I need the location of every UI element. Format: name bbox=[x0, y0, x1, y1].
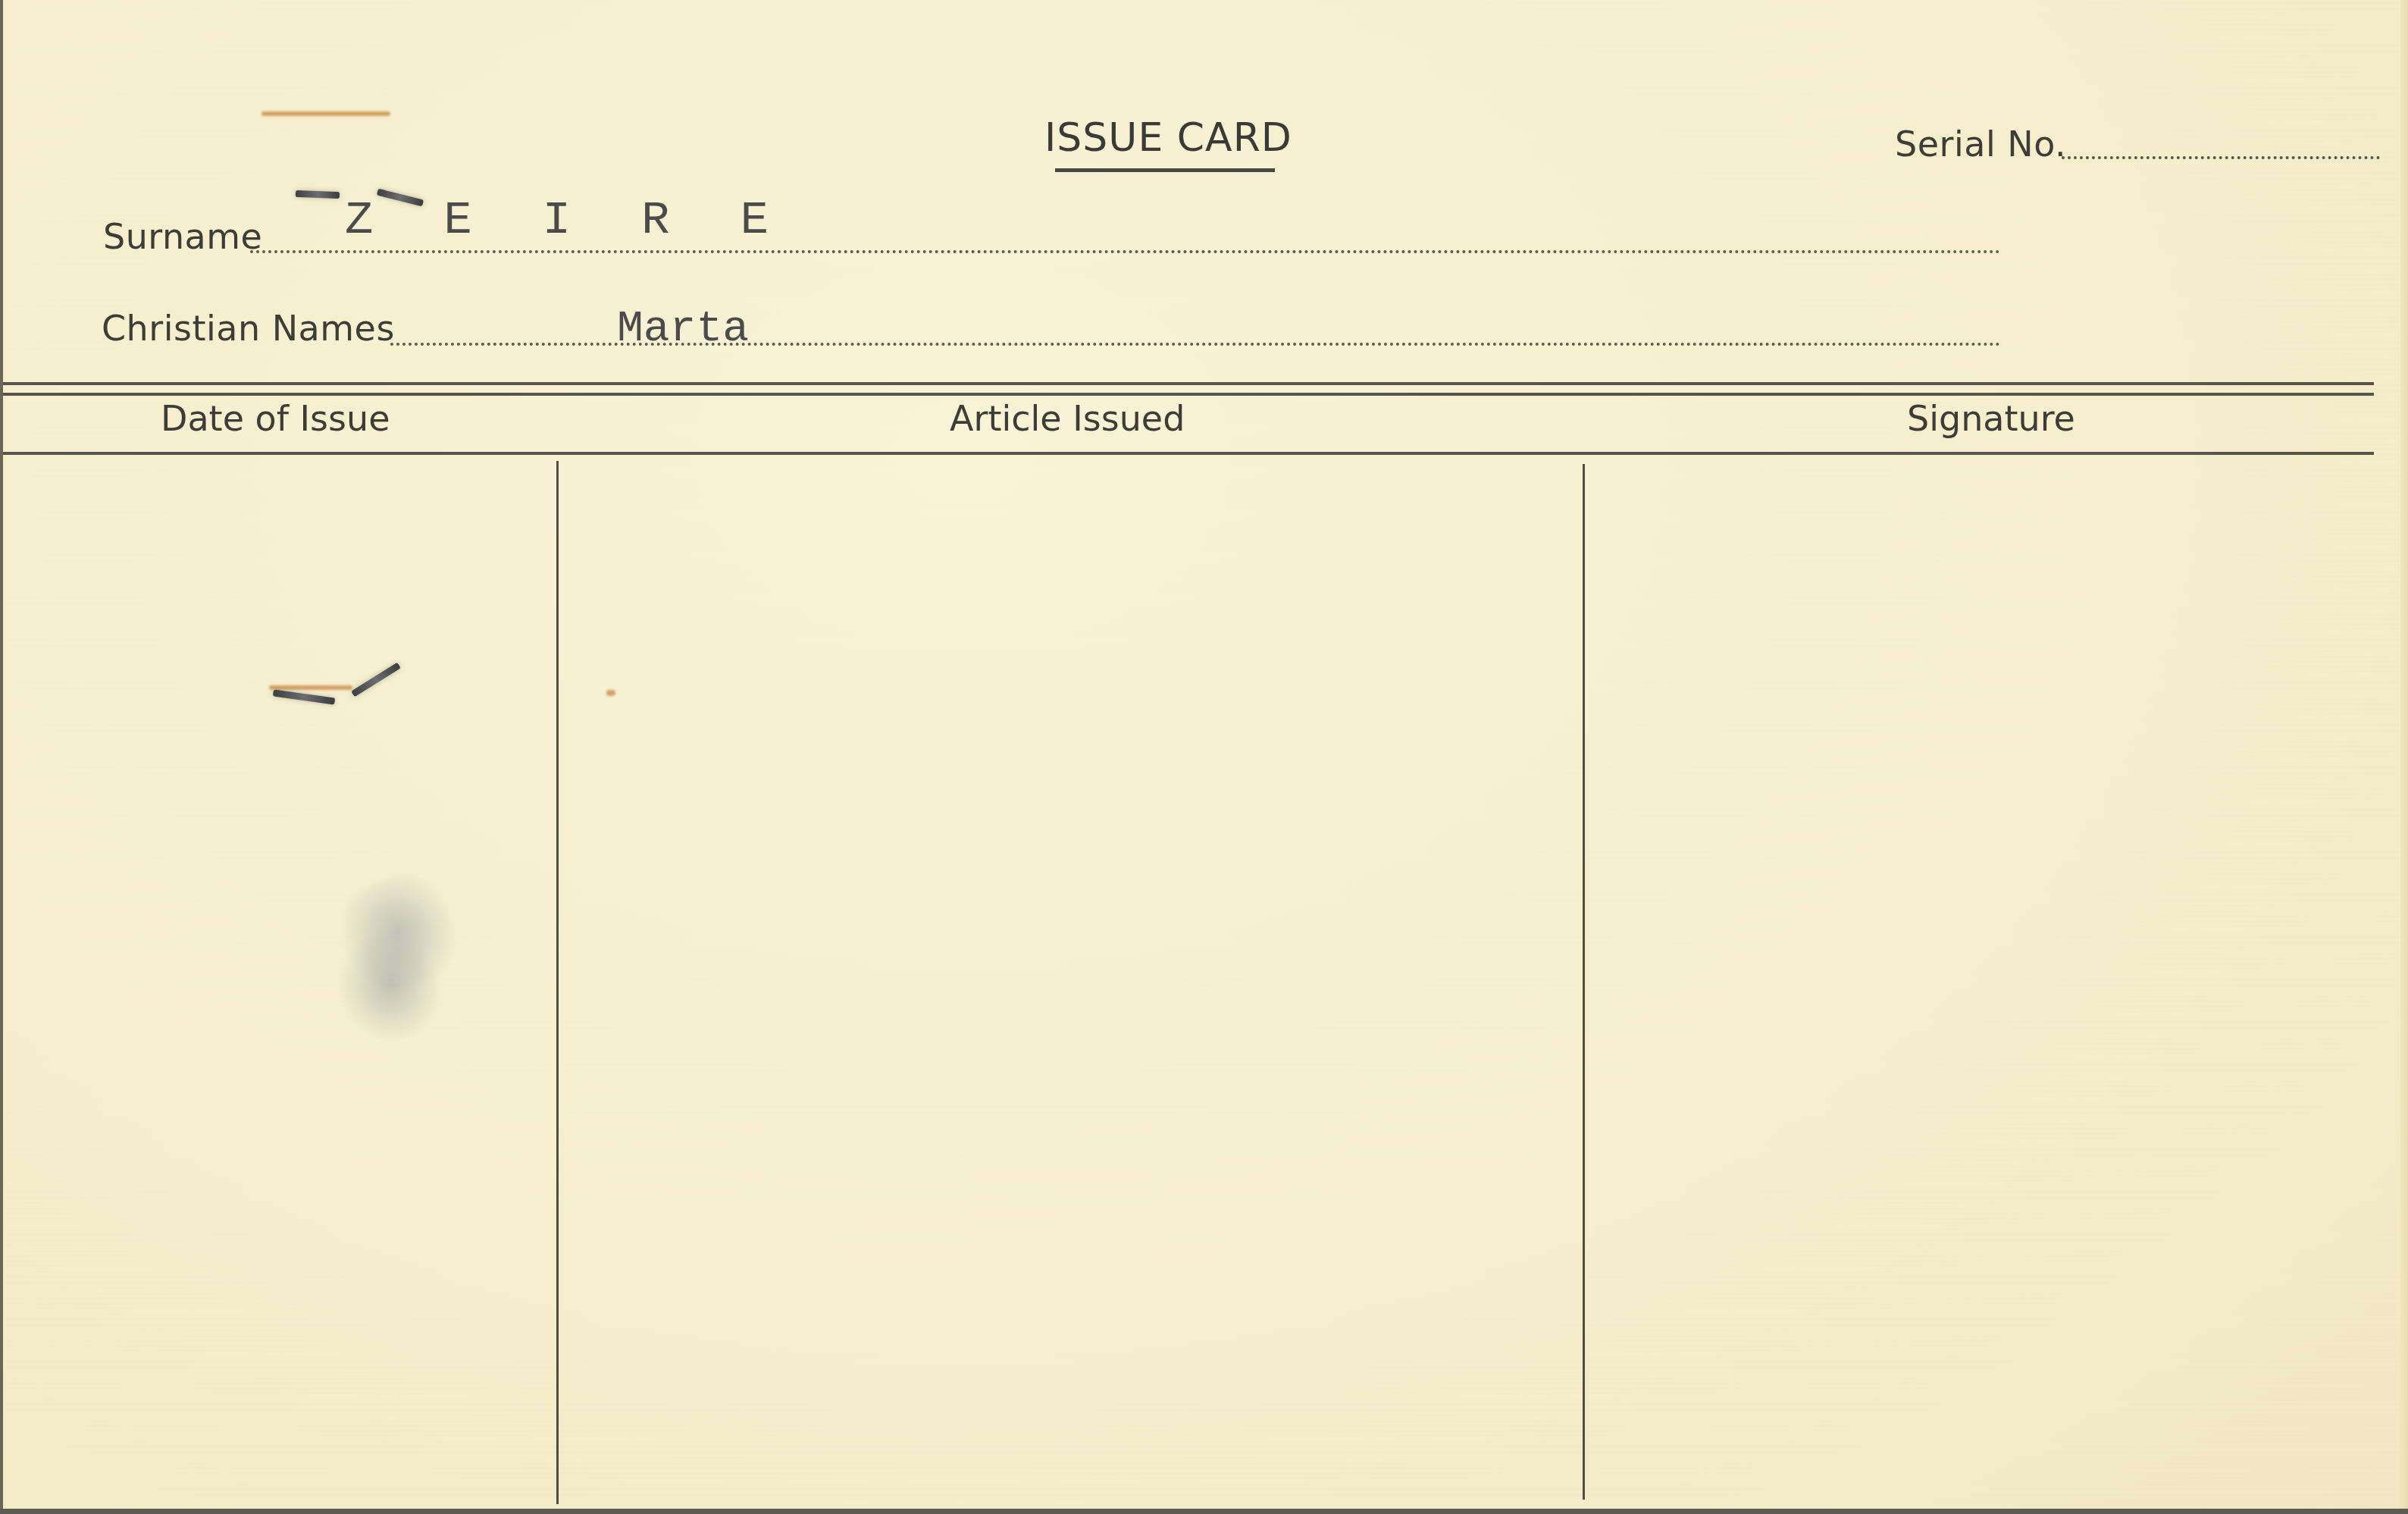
signature-column[interactable] bbox=[1586, 458, 2374, 1504]
christian-names-value[interactable]: Marta bbox=[617, 305, 749, 354]
title-underline bbox=[1055, 168, 1275, 172]
card-bottom-edge bbox=[0, 1509, 2408, 1514]
surname-label: Surname bbox=[103, 216, 262, 257]
header-double-rule-bottom bbox=[3, 393, 2374, 396]
surname-value[interactable]: Z E I R E bbox=[345, 193, 790, 247]
column-header-article-issued: Article Issued bbox=[950, 398, 1185, 439]
staple-mark-icon bbox=[296, 190, 340, 199]
christian-names-label: Christian Names bbox=[102, 308, 395, 349]
rust-stain bbox=[261, 111, 390, 116]
serial-number-label: Serial No. bbox=[1895, 124, 2066, 165]
article-issued-column[interactable] bbox=[559, 458, 1581, 1504]
card-title: ISSUE CARD bbox=[1044, 115, 1292, 161]
card-right-edge bbox=[2400, 0, 2408, 1514]
header-double-rule-top bbox=[3, 382, 2374, 385]
column-divider bbox=[1583, 464, 1585, 1500]
rust-spot bbox=[606, 690, 615, 696]
column-header-date-of-issue: Date of Issue bbox=[161, 398, 390, 439]
column-header-signature: Signature bbox=[1907, 398, 2075, 439]
serial-number-field[interactable] bbox=[2062, 156, 2380, 159]
column-divider bbox=[556, 461, 559, 1504]
surname-field-line bbox=[250, 250, 2001, 253]
issue-card: ISSUE CARD Serial No. Surname Z E I R E … bbox=[0, 0, 2408, 1514]
rust-stain bbox=[269, 685, 352, 690]
header-bottom-rule bbox=[3, 452, 2374, 455]
